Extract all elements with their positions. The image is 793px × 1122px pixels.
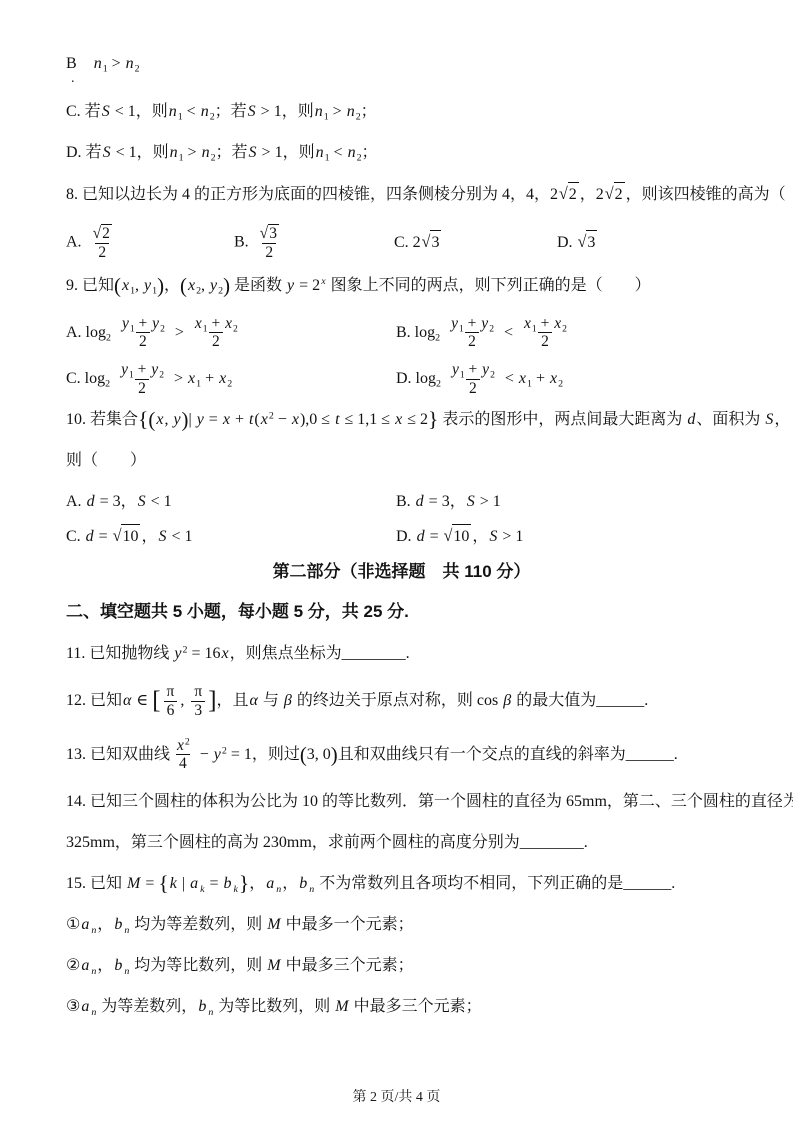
- q9-option-a: A. log2 y1 + y22 > x1 + x22: [66, 315, 396, 352]
- option-d-line: D. 若S < 1，则n1 > n2；若S > 1，则n1 < n2；: [66, 141, 737, 165]
- question-9-options-ab: A. log2 y1 + y22 > x1 + x22B. log2 y1 + …: [66, 315, 737, 352]
- fill-in-section-intro: 二、填空题共 5 小题，每小题 5 分，共 25 分.: [66, 599, 737, 625]
- document-content: B n1 > n2.C. 若S < 1，则n1 < n2；若S > 1，则n1 …: [66, 52, 737, 1036]
- question-13: 13. 已知双曲线x24 − y2 = 1，则过(3, 0)且和双曲线只有一个交…: [66, 737, 737, 774]
- statement-2: ②an，bn 均为等比数列，则 M 中最多三个元素；: [66, 954, 737, 978]
- q10-option-b: B. d = 3，S > 1: [396, 490, 737, 514]
- q10-option-d: D. d = √10，S > 1: [396, 524, 737, 549]
- q9-option-c: C. log2 y1 + y22 > x1 + x2: [66, 361, 396, 398]
- question-9-options-cd: C. log2 y1 + y22 > x1 + x2D. log2 y1 + y…: [66, 361, 737, 398]
- question-14-line-1: 14. 已知三个圆柱的体积为公比为 10 的等比数列．第一个圆柱的直径为 65m…: [66, 790, 737, 814]
- option-c-line: C. 若S < 1，则n1 < n2；若S > 1，则n1 > n2；: [66, 100, 737, 124]
- question-10-stem-line-1: 10. 若集合{(x, y)| y = x + t(x2 − x),0 ≤ t …: [66, 408, 737, 432]
- q8-option-d: D. √3: [557, 230, 737, 255]
- question-10-stem-line-2: 则（ ）: [66, 449, 737, 473]
- q8-option-b: B. √32: [234, 224, 394, 262]
- q10-option-a: A. d = 3，S < 1: [66, 490, 396, 514]
- question-12: 12. 已知α ∈ [π6, π3]，且α 与 β 的终边关于原点对称，则 co…: [66, 683, 737, 720]
- question-14-line-2: 325mm，第三个圆柱的高为 230mm，求前两个圆柱的高度分别为_______…: [66, 831, 737, 855]
- q9-option-d: D. log2 y1 + y22 < x1 + x2: [396, 361, 737, 398]
- question-10-options-ab: A. d = 3，S < 1B. d = 3，S > 1: [66, 490, 737, 514]
- question-8-stem: 8. 已知以边长为 4 的正方形为底面的四棱锥，四条侧棱分别为 4，4，2√2，…: [66, 182, 737, 207]
- part-two-header: 第二部分（非选择题 共 110 分）: [66, 559, 737, 585]
- question-9-stem: 9. 已知(x1, y1)，(x2, y2) 是函数 y = 2x 图象上不同的…: [66, 274, 737, 298]
- question-15: 15. 已知 M = {k | ak = bk}，an，bn 不为常数列且各项均…: [66, 872, 737, 896]
- exam-page: B n1 > n2.C. 若S < 1，则n1 < n2；若S > 1，则n1 …: [0, 0, 793, 1122]
- option-b-period: .: [71, 72, 737, 86]
- page-footer: 第 2 页/共 4 页: [0, 1086, 793, 1106]
- question-8-options: A. √22B. √32C. 2√3D. √3: [66, 224, 737, 262]
- statement-3: ③an 为等差数列，bn 为等比数列，则 M 中最多三个元素；: [66, 995, 737, 1019]
- statement-1: ①an，bn 均为等差数列，则 M 中最多一个元素；: [66, 913, 737, 937]
- q8-option-a: A. √22: [66, 224, 234, 262]
- q8-option-c: C. 2√3: [394, 230, 557, 255]
- q10-option-c: C. d = √10，S < 1: [66, 524, 396, 549]
- question-10-options-cd: C. d = √10，S < 1D. d = √10，S > 1: [66, 524, 737, 549]
- q9-option-b: B. log2 y1 + y22 < x1 + x22: [396, 315, 737, 352]
- question-11: 11. 已知抛物线 y2 = 16x，则焦点坐标为________.: [66, 642, 737, 666]
